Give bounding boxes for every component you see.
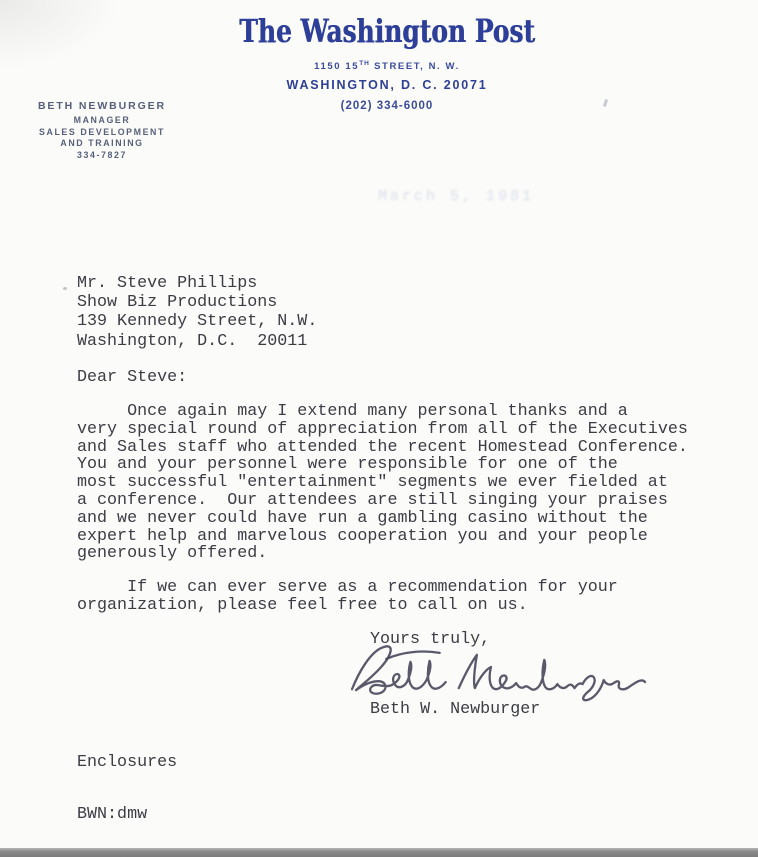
handwritten-signature xyxy=(346,640,648,702)
contact-name: BETH NEWBURGER xyxy=(20,100,184,112)
contact-phone: 334-7827 xyxy=(20,150,184,162)
salutation: Dear Steve: xyxy=(77,368,187,387)
street-ordinal-suffix: TH xyxy=(359,60,370,67)
scanned-letter-page: The Washington Post 1150 15TH STREET, N.… xyxy=(0,0,758,857)
street-address-rest: STREET, N. W. xyxy=(370,61,460,72)
letterhead-city-zip: WASHINGTON, D. C. 20071 xyxy=(8,78,758,92)
body-paragraph-1: Once again may I extend many personal th… xyxy=(77,403,688,563)
contact-department-line1: SALES DEVELOPMENT xyxy=(20,127,184,139)
contact-title: MANAGER xyxy=(20,115,184,127)
faded-date-stamp: March 5, 1981 xyxy=(378,188,535,205)
typed-signature-name: Beth W. Newburger xyxy=(370,700,540,719)
body-paragraph-2: If we can ever serve as a recommendation… xyxy=(77,579,618,615)
washington-post-masthead: The Washington Post xyxy=(61,12,713,49)
street-address-number: 1150 15 xyxy=(314,61,359,72)
recipient-address-block: Mr. Steve Phillips Show Biz Productions … xyxy=(77,274,317,351)
enclosures-note: Enclosures xyxy=(77,753,177,772)
scan-speck xyxy=(63,287,67,290)
typist-reference: BWN:dmw xyxy=(77,805,147,824)
letterhead-street-address: 1150 15TH STREET, N. W. xyxy=(8,60,758,72)
contact-department-line2: AND TRAINING xyxy=(20,138,184,150)
scan-bottom-edge xyxy=(0,848,758,857)
sender-contact-block: BETH NEWBURGER MANAGER SALES DEVELOPMENT… xyxy=(20,100,184,161)
